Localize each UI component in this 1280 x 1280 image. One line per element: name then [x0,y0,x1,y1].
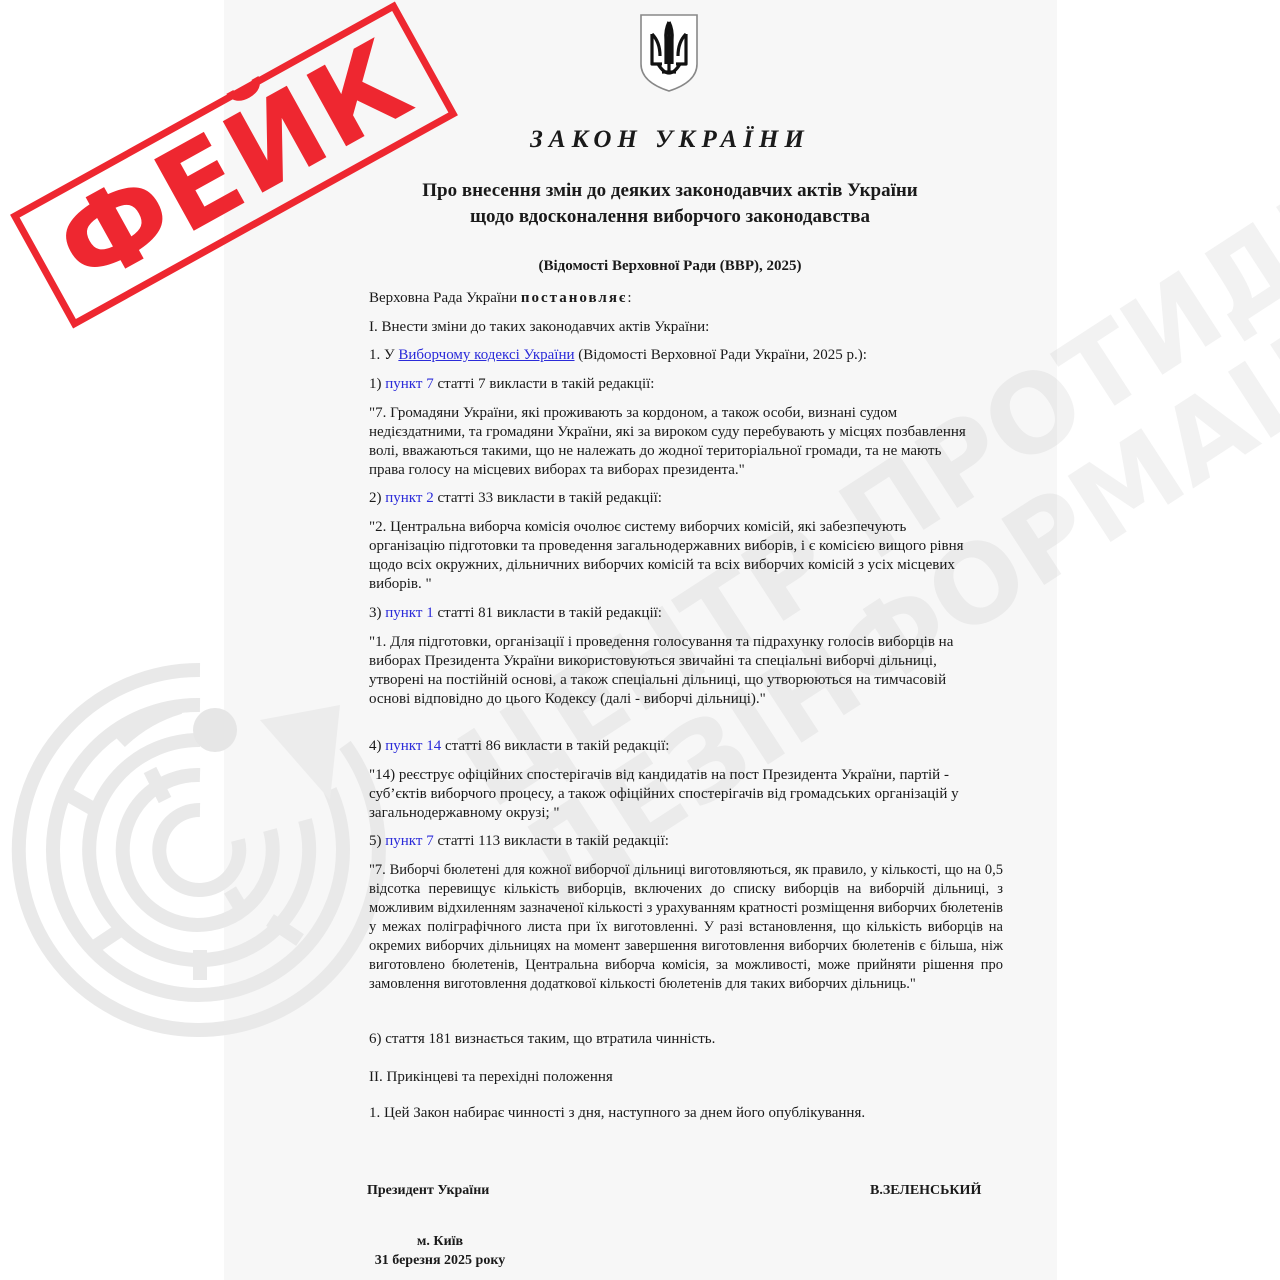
amendment-1-text: "7. Громадяни України, які проживають за… [369,404,969,480]
signing-date: 31 березня 2025 року [360,1251,520,1270]
law-subtitle: Про внесення змін до деяких законодавчих… [360,178,980,230]
amendment-instruction: статті 81 викласти в такій редакції: [434,605,662,621]
section-1-heading: І. Внести зміни до таких законодавчих ак… [369,318,709,337]
amendment-3-heading: 3) пункт 1 статті 81 викласти в такій ре… [369,604,662,623]
preamble-colon: : [627,290,631,306]
amendment-instruction: статті 86 викласти в такій редакції: [441,738,669,754]
amendment-number: 4) [369,738,385,754]
amendment-instruction: статті 7 викласти в такій редакції: [434,376,655,392]
amendment-instruction: статті 113 викласти в такій редакції: [434,833,669,849]
point-link[interactable]: пункт 14 [385,738,441,754]
amendment-4-text: "14) реєструє офіційних спостерігачів ві… [369,766,959,823]
amendment-4-heading: 4) пункт 14 статті 86 викласти в такій р… [369,737,669,756]
amendment-3-text: "1. Для підготовки, організації і провед… [369,633,964,709]
point-link[interactable]: пункт 2 [385,490,433,506]
amendment-number: 3) [369,605,385,621]
signatory-name: В.ЗЕЛЕНСЬКИЙ [870,1183,981,1199]
item-1-prefix: 1. У [369,347,398,363]
subtitle-line-1: Про внесення змін до деяких законодавчих… [360,178,980,204]
final-provision-1: 1. Цей Закон набирає чинності з дня, нас… [369,1104,865,1123]
signatory-role: Президент України [367,1183,489,1199]
signing-place-date: м. Київ 31 березня 2025 року [360,1232,520,1270]
amendment-5-heading: 5) пункт 7 статті 113 викласти в такій р… [369,832,669,851]
point-link[interactable]: пункт 7 [385,376,433,392]
item-1: 1. У Виборчому кодексі України (Відомост… [369,346,867,365]
preamble-text: Верховна Рада України [369,290,521,306]
amendment-number: 1) [369,376,385,392]
point-link[interactable]: пункт 1 [385,605,433,621]
publication-reference: (Відомості Верховної Ради (ВВР), 2025) [360,258,980,275]
amendment-5-text: "7. Виборчі бюлетені для кожної виборчої… [369,861,1003,994]
amendment-1-heading: 1) пункт 7 статті 7 викласти в такій ред… [369,375,654,394]
trident-coat-of-arms-icon [638,12,700,94]
preamble: Верховна Рада України постановляє: [369,289,632,308]
subtitle-line-2: щодо вдосконалення виборчого законодавст… [360,204,980,230]
amendment-instruction: статті 33 викласти в такій редакції: [434,490,662,506]
amendment-2-heading: 2) пункт 2 статті 33 викласти в такій ре… [369,489,662,508]
item-6: 6) стаття 181 визнається таким, що втрат… [369,1030,715,1049]
amendment-number: 5) [369,833,385,849]
amendment-2-text: "2. Центральна виборча комісія очолює си… [369,518,969,594]
section-2-heading: ІІ. Прикінцеві та перехідні положення [369,1068,613,1087]
point-link[interactable]: пункт 7 [385,833,433,849]
electoral-code-link[interactable]: Виборчому кодексі України [398,347,574,363]
signing-city: м. Київ [360,1232,520,1251]
preamble-decree: постановляє [521,290,628,306]
item-1-suffix: (Відомості Верховної Ради України, 2025 … [575,347,867,363]
amendment-number: 2) [369,490,385,506]
